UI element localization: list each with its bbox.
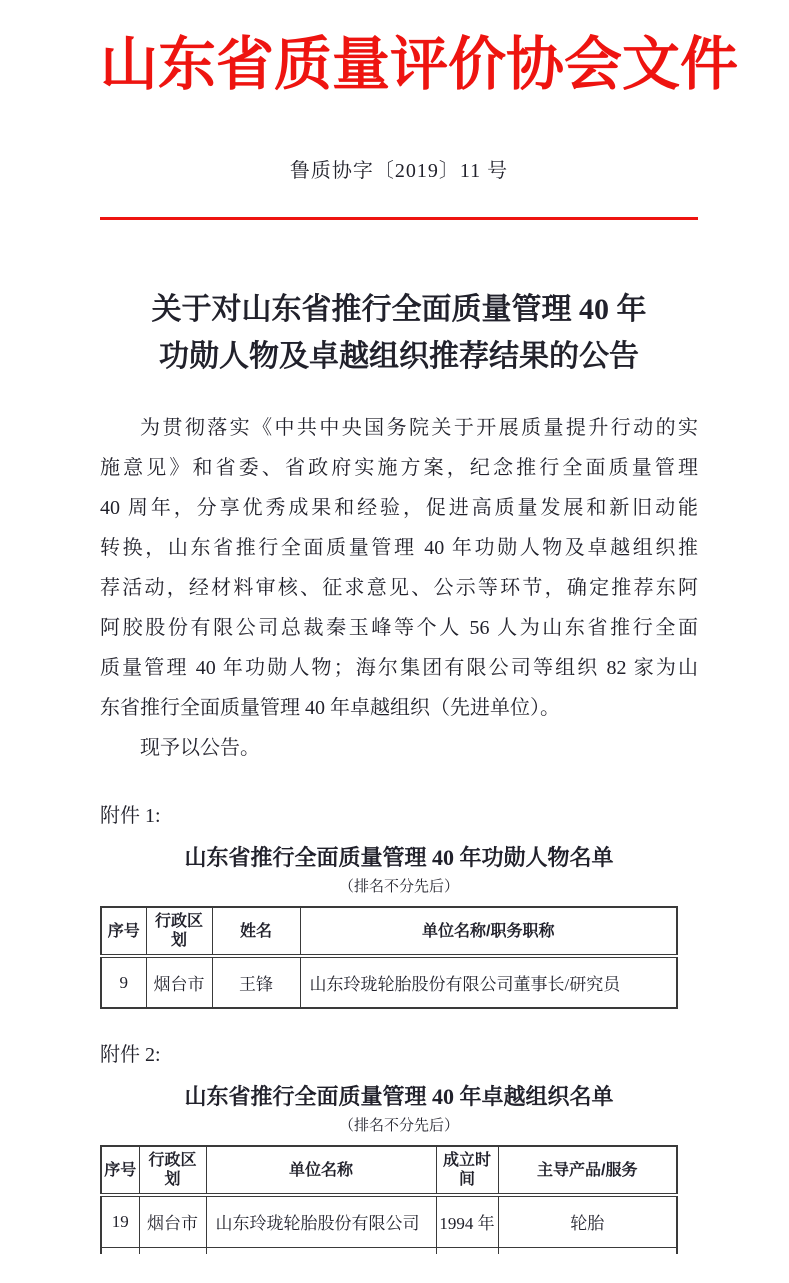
- table-row: 9 烟台市 王锋 山东玲珑轮胎股份有限公司董事长/研究员: [101, 956, 677, 1008]
- header-cell-seq: 序号: [101, 907, 146, 956]
- letterhead-title: 山东省质量评价协会文件: [100, 0, 698, 104]
- document-content: 山东省质量评价协会文件 鲁质协字〔2019〕11 号 关于对山东省推行全面质量管…: [100, 0, 698, 1254]
- announcement-body: 为贯彻落实《中共中央国务院关于开展质量提升行动的实 施意见》和省委、省政府实施方…: [100, 408, 698, 768]
- cell-products: 轮胎: [498, 1195, 677, 1247]
- body-line: 现予以公告。: [100, 728, 698, 768]
- cell-org-title: 山东玲珑轮胎股份有限公司董事长/研究员: [300, 956, 677, 1008]
- attachment1-table-subtitle: （排名不分先后）: [100, 876, 698, 898]
- body-line: 质量管理 40 年功勋人物；海尔集团有限公司等组织 82 家为山: [100, 648, 698, 688]
- document-number: 鲁质协字〔2019〕11 号: [100, 158, 698, 184]
- header-cell-seq: 序号: [101, 1146, 139, 1195]
- announcement-title-line1: 关于对山东省推行全面质量管理 40 年: [100, 286, 698, 333]
- clipped-next-row: [101, 1247, 677, 1254]
- attachment2-table-subtitle: （排名不分先后）: [100, 1115, 698, 1137]
- header-cell-founded: 成立时间: [436, 1146, 498, 1195]
- cell-region: 烟台市: [146, 956, 212, 1008]
- header-cell-region: 行政区划: [146, 907, 212, 956]
- cell-name: 王锋: [212, 956, 300, 1008]
- header-cell-region: 行政区划: [139, 1146, 206, 1195]
- body-line: 东省推行全面质量管理 40 年卓越组织（先进单位）。: [100, 688, 698, 728]
- header-cell-org-name: 单位名称: [206, 1146, 436, 1195]
- header-cell-name: 姓名: [212, 907, 300, 956]
- attachment1-table-title: 山东省推行全面质量管理 40 年功勋人物名单: [100, 842, 698, 874]
- body-line: 为贯彻落实《中共中央国务院关于开展质量提升行动的实: [100, 408, 698, 448]
- cell-seq: 19: [101, 1195, 139, 1247]
- red-divider-line: [100, 217, 698, 220]
- attachment2-table-title: 山东省推行全面质量管理 40 年卓越组织名单: [100, 1081, 698, 1113]
- attachment2-label: 附件 2:: [100, 1041, 698, 1069]
- body-line: 转换，山东省推行全面质量管理 40 年功勋人物及卓越组织推: [100, 528, 698, 568]
- cell-region: 烟台市: [139, 1195, 206, 1247]
- body-line: 40 周年，分享优秀成果和经验，促进高质量发展和新旧动能: [100, 488, 698, 528]
- excellent-org-header-row: 序号 行政区划 单位名称 成立时间 主导产品/服务: [101, 1146, 677, 1195]
- honor-roll-table: 序号 行政区划 姓名 单位名称/职务职称 9 烟台市 王锋 山东玲珑轮胎股份有限…: [100, 906, 678, 1009]
- header-cell-products: 主导产品/服务: [498, 1146, 677, 1195]
- attachment1-label: 附件 1:: [100, 802, 698, 830]
- cell-seq: 9: [101, 956, 146, 1008]
- excellent-org-table: 序号 行政区划 单位名称 成立时间 主导产品/服务 19 烟台市 山东玲珑轮胎股…: [100, 1145, 678, 1254]
- header-cell-org-title: 单位名称/职务职称: [300, 907, 677, 956]
- cell-founded: 1994 年: [436, 1195, 498, 1247]
- body-line: 施意见》和省委、省政府实施方案，纪念推行全面质量管理: [100, 448, 698, 488]
- honor-roll-header-row: 序号 行政区划 姓名 单位名称/职务职称: [101, 907, 677, 956]
- announcement-title: 关于对山东省推行全面质量管理 40 年 功勋人物及卓越组织推荐结果的公告: [100, 286, 698, 380]
- body-line: 阿胶股份有限公司总裁秦玉峰等个人 56 人为山东省推行全面: [100, 608, 698, 648]
- body-line: 荐活动，经材料审核、征求意见、公示等环节，确定推荐东阿: [100, 568, 698, 608]
- table-row: 19 烟台市 山东玲珑轮胎股份有限公司 1994 年 轮胎: [101, 1195, 677, 1247]
- cell-org-name: 山东玲珑轮胎股份有限公司: [206, 1195, 436, 1247]
- announcement-title-line2: 功勋人物及卓越组织推荐结果的公告: [100, 333, 698, 380]
- document-page: 山东省质量评价协会文件 鲁质协字〔2019〕11 号 关于对山东省推行全面质量管…: [0, 0, 789, 1283]
